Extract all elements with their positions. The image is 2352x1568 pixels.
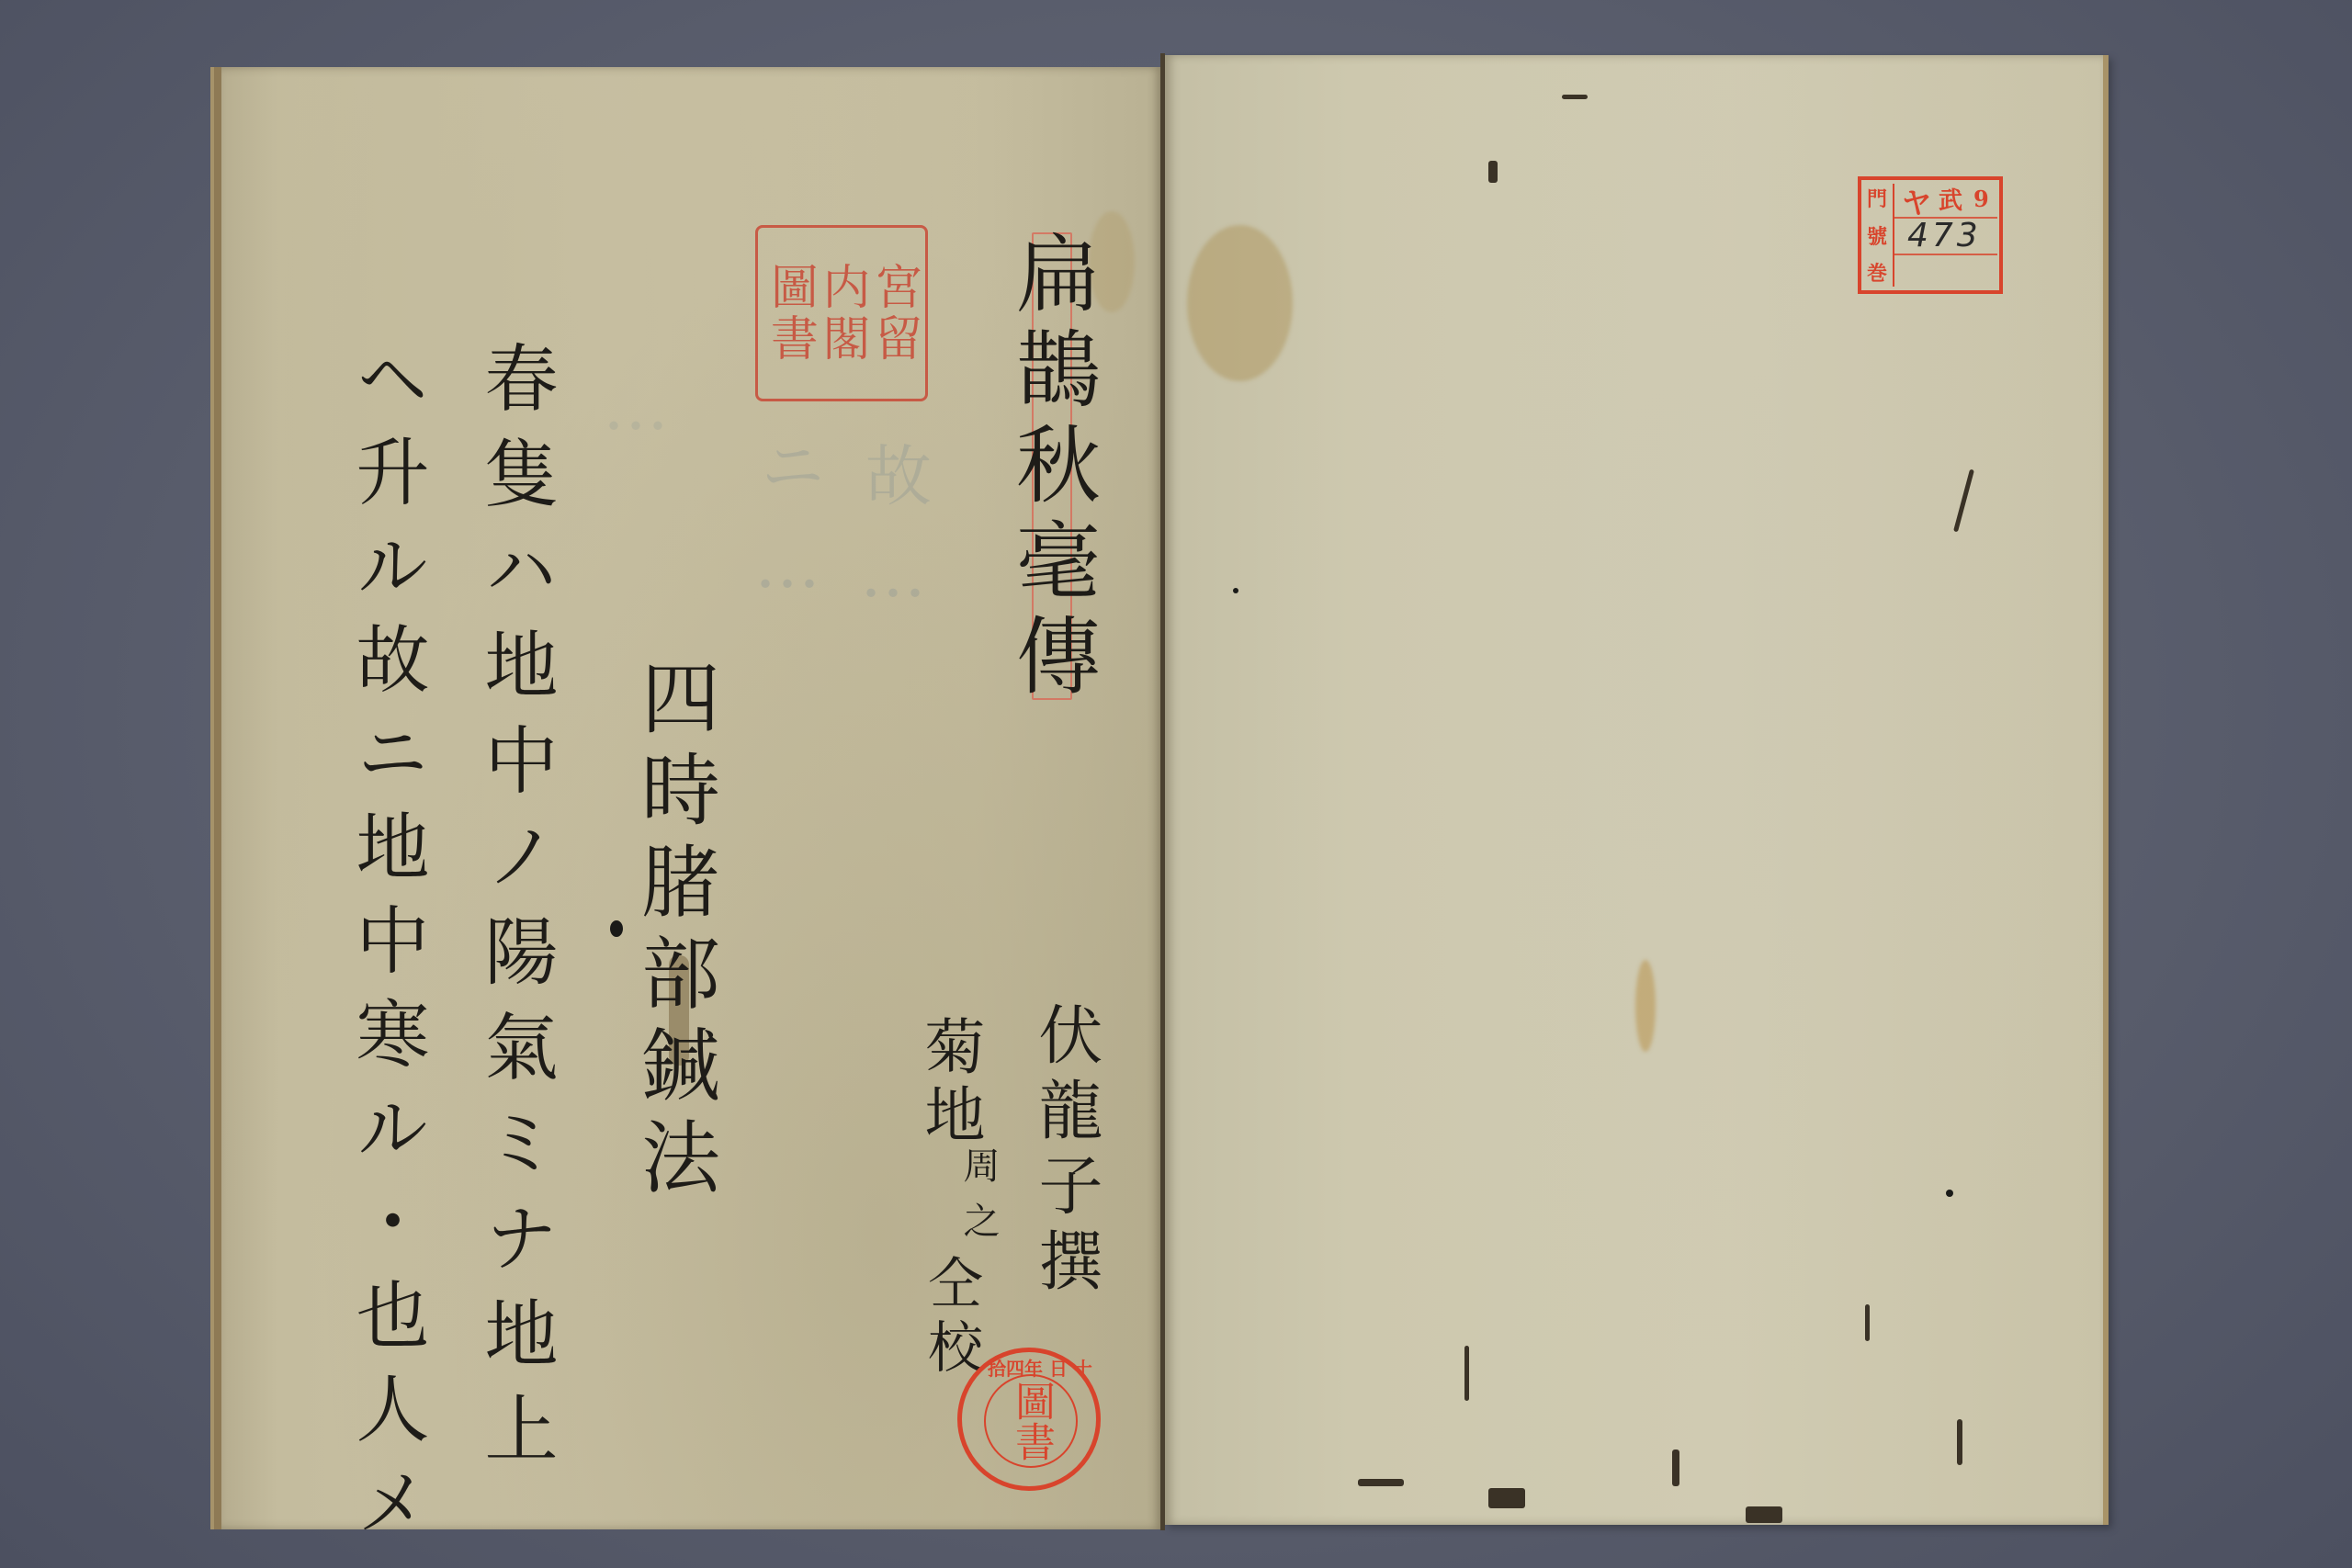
water-stain [1187,225,1293,381]
text-column: ヘ升ル故ニ地中寒ル・也人メ [349,340,423,1558]
seal-glyphs: 圖書 [765,235,814,391]
bleed-through-text: … [597,367,674,472]
seal-ring-text: 拾四年 日 十 [988,1354,1092,1381]
book-title: 扁鵲秋毫傳 [1009,230,1093,707]
stamp-category: 武 [1939,182,1962,216]
worm-damage [1865,1304,1870,1341]
worm-damage [1488,161,1498,183]
author-line: 伏龍子撰 [1034,1001,1098,1303]
worm-damage [1746,1506,1782,1523]
stamp-label: 巻 [1867,258,1887,287]
collator-role: 仝校 [923,1254,978,1382]
stamp-labels: 門 號 巻 [1863,184,1891,287]
bleed-through-text: ニ… [740,432,835,630]
seal-glyphs: 内閣 [818,235,866,391]
worm-damage [1488,1488,1525,1508]
worm-damage [1464,1346,1469,1401]
worm-damage [1358,1479,1404,1486]
seal-center-text: 圖書 [984,1374,1078,1468]
worm-damage [1562,95,1588,99]
call-number-stamp: 門 號 巻 ヤ 武 9 473 [1858,176,2003,294]
stamp-category: 9 [1973,186,1989,212]
square-library-seal: 圖書 内閣 宮留 [755,225,928,401]
stamp-number: 473 [1907,217,1982,254]
collator-given-name: 周之 [960,1146,997,1257]
ink-spot [610,920,623,937]
worm-damage [1957,1419,1962,1465]
ink-spot [1946,1190,1953,1197]
worm-damage [1672,1450,1679,1486]
stamp-divider [1893,184,1894,287]
seal-glyphs: 宮留 [869,235,918,391]
stamp-label: 號 [1867,221,1887,250]
section-heading: 四時䐗部鍼法 [634,657,713,1208]
round-date-seal: 圖書 拾四年 日 十 [957,1348,1101,1491]
text-column: 春隻ハ地中ノ陽氣ミナ地上 [478,340,551,1486]
stamp-label: 門 [1867,184,1887,212]
ink-spot [1233,588,1238,593]
collator-name: 菊地 [919,1015,979,1151]
water-stain [1635,960,1656,1052]
book-gutter [1160,53,1165,1530]
bleed-through-text: 故… [845,441,941,639]
